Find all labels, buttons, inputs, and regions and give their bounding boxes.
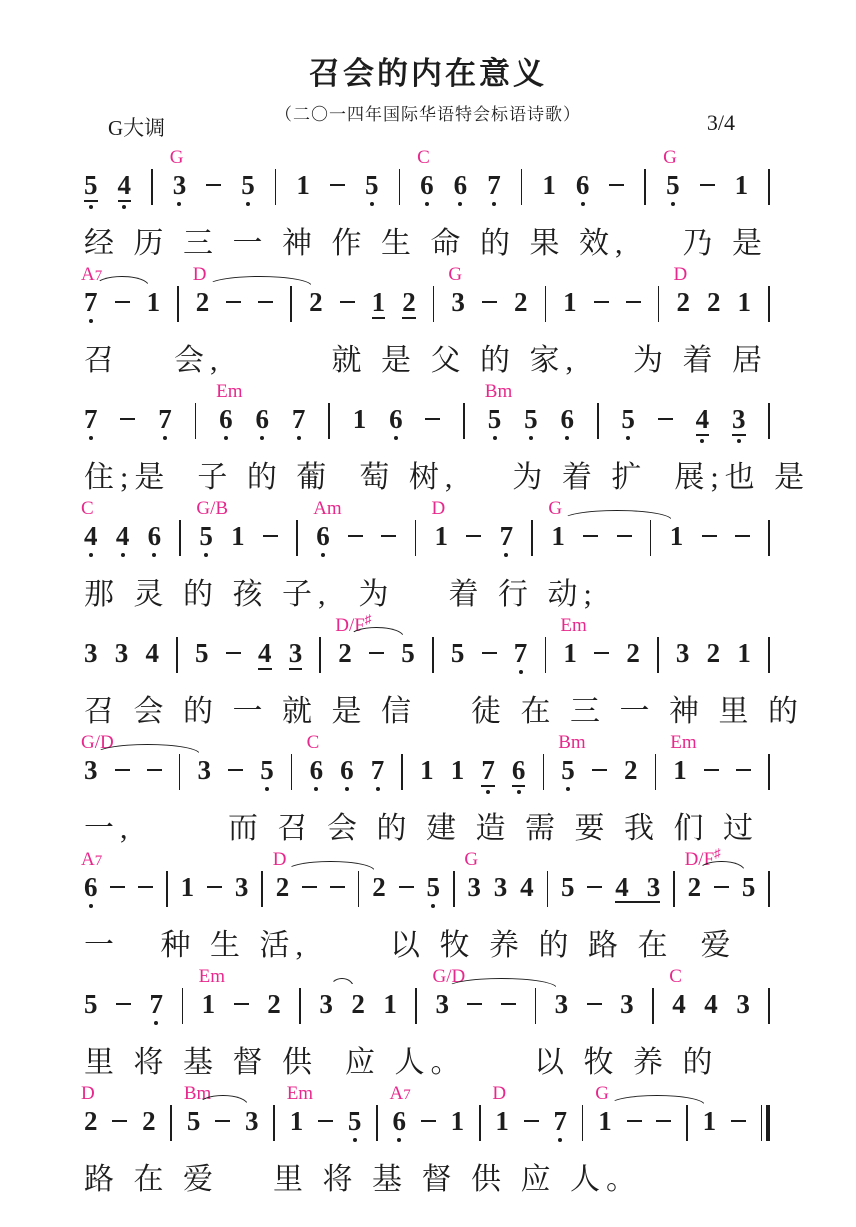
note: 3 [467, 874, 481, 901]
final-barline [761, 1105, 770, 1141]
chord-label: D [432, 499, 446, 518]
dash [626, 289, 641, 303]
barline [479, 1105, 481, 1141]
note: 3 [736, 991, 750, 1018]
low-octave-dot [321, 553, 325, 557]
note: 2 [309, 289, 323, 316]
note-number: 3 [173, 172, 187, 199]
dash-line [369, 652, 384, 654]
barline [657, 637, 659, 673]
slur-arc [286, 861, 375, 871]
note: 2 [142, 1108, 156, 1135]
lyrics-line: 召 会, 就 是 父 的 家, 为 着 居 [84, 335, 770, 379]
low-octave-dot [566, 787, 570, 791]
dash [594, 289, 609, 303]
note-number: 6 [219, 406, 233, 433]
system-9: 225315611711DBmEmA7DG路 在 爱 里 将 基 督 供 应 人… [84, 1086, 770, 1203]
lyrics-line: 一 种 生 活, 以 牧 养 的 路 在 爱 [84, 920, 770, 964]
barline [768, 286, 770, 322]
dash [318, 1108, 333, 1122]
note-number: 6 [310, 757, 324, 784]
chord-label: D [492, 1084, 506, 1103]
note-number: 3 [647, 874, 661, 901]
note-number: 1 [670, 523, 684, 550]
barline [296, 520, 298, 556]
final-barline-thin [761, 1105, 763, 1141]
note-number: 5 [365, 172, 379, 199]
barline [328, 403, 330, 439]
note-number: 3 [451, 289, 465, 316]
barline [415, 520, 417, 556]
dash-line [704, 769, 719, 771]
barline [151, 169, 153, 205]
note: 1 [451, 1108, 465, 1135]
note: 1 [735, 172, 749, 199]
note: 1 [495, 1108, 509, 1135]
note-number: 3 [319, 991, 333, 1018]
slur-arc [207, 276, 312, 286]
slur-arc [330, 978, 354, 988]
song-title: 召会的内在意义 [0, 48, 856, 93]
barline [768, 169, 770, 205]
note-number: 4 [116, 523, 130, 550]
note: 6 [255, 406, 269, 440]
note-number: 5 [561, 874, 575, 901]
dash-line [594, 301, 609, 303]
note-number: 1 [542, 172, 556, 199]
low-octave-dot [376, 787, 380, 791]
low-octave-dot [565, 436, 569, 440]
dash-line [206, 184, 221, 186]
low-octave-dot [700, 439, 704, 443]
note: 1 [670, 523, 684, 550]
dash-line [330, 184, 345, 186]
note-number: 1 [551, 523, 565, 550]
dash-line [115, 301, 130, 303]
note: 1 [542, 172, 556, 199]
note: 5 [427, 874, 441, 908]
dash [330, 172, 345, 186]
dash-line [501, 1003, 516, 1005]
note-number: 4 [696, 406, 710, 436]
low-octave-dot [260, 436, 264, 440]
note: 3 [647, 874, 661, 901]
dash [110, 874, 125, 888]
dash-line [425, 418, 440, 420]
note: 6 [512, 757, 526, 794]
note-number: 3 [620, 991, 634, 1018]
note-number: 3 [494, 874, 508, 901]
lyrics-line: 经 历 三 一 神 作 生 命 的 果 效, 乃 是 [84, 218, 770, 262]
chord-label: A7 [390, 1084, 411, 1103]
notes-row: 61322533454325A7DGD/F♯ [84, 852, 770, 916]
note: 2 [626, 640, 640, 667]
dash [467, 991, 482, 1005]
note: 7 [84, 406, 98, 440]
note-number: 5 [742, 874, 756, 901]
dash [524, 1108, 539, 1122]
low-octave-dot [626, 436, 630, 440]
dash [234, 991, 249, 1005]
note-number: 1 [451, 1108, 465, 1135]
dash-line [656, 1120, 671, 1122]
dash [263, 523, 278, 537]
low-octave-dot [89, 436, 93, 440]
note-number: 6 [454, 172, 468, 199]
low-octave-dot [89, 553, 93, 557]
note: 1 [451, 757, 465, 784]
dash-line [147, 769, 162, 771]
note: 7 [371, 757, 385, 791]
low-octave-dot [671, 202, 675, 206]
note: 2 [338, 640, 352, 667]
notes-row: 3356671176521G/DCBmEm [84, 735, 770, 799]
note-number: 2 [267, 991, 281, 1018]
low-octave-dot [492, 202, 496, 206]
note: 2 [707, 640, 721, 667]
dash-line [587, 886, 602, 888]
chord-label: G [548, 499, 562, 518]
dash [704, 757, 719, 771]
note: 5 [621, 406, 635, 440]
dash [330, 874, 345, 888]
dash [421, 1108, 436, 1122]
slur-arc [562, 510, 672, 520]
note-number: 7 [554, 1108, 568, 1135]
note-number: 1 [296, 172, 310, 199]
note-number: 3 [245, 1108, 259, 1135]
note: 6 [219, 406, 233, 440]
low-octave-dot [737, 439, 741, 443]
note-number: 4 [615, 874, 629, 901]
note: 5 [401, 640, 415, 667]
note: 5 [84, 991, 98, 1018]
note-number: 1 [735, 172, 749, 199]
dash [226, 289, 241, 303]
barline [399, 169, 401, 205]
low-octave-dot [246, 202, 250, 206]
note-number: 3 [467, 874, 481, 901]
chord-label: G [464, 850, 478, 869]
dash-line [592, 769, 607, 771]
low-octave-dot [224, 436, 228, 440]
chord-label: C [669, 967, 682, 986]
note-number: 1 [703, 1108, 717, 1135]
chord-label: G [170, 148, 184, 167]
note: 5 [187, 1108, 201, 1135]
barline [673, 871, 675, 907]
note-number: 7 [500, 523, 514, 550]
chord-label: Bm [485, 382, 512, 401]
low-octave-dot [493, 436, 497, 440]
note: 2 [514, 289, 528, 316]
dash [466, 523, 481, 537]
low-octave-dot [394, 436, 398, 440]
note-number: 7 [514, 640, 528, 667]
note: 2 [676, 289, 690, 316]
score: 5435156671651GCG经 历 三 一 神 作 生 命 的 果 效, 乃… [84, 150, 770, 1203]
low-octave-dot [265, 787, 269, 791]
barline [170, 1105, 172, 1141]
barline [545, 637, 547, 673]
note-number: 2 [707, 640, 721, 667]
note: 2 [196, 289, 210, 316]
low-octave-dot [121, 553, 125, 557]
note-number: 7 [158, 406, 172, 433]
dash [302, 874, 317, 888]
note: 1 [551, 523, 565, 550]
note: 1 [290, 1108, 304, 1135]
dash [348, 523, 363, 537]
barline [401, 754, 403, 790]
dash [120, 406, 135, 420]
note-number: 3 [732, 406, 746, 436]
note-number: 5 [451, 640, 465, 667]
barline [658, 286, 660, 322]
dash-line [263, 535, 278, 537]
system-3: 7766716556543EmBm住;是 子 的 葡 萄 树, 为 着 扩 展;… [84, 384, 770, 501]
note: 1 [563, 289, 577, 316]
note: 2 [624, 757, 638, 784]
note-number: 3 [198, 757, 212, 784]
note-number: 7 [487, 172, 501, 199]
header: 召会的内在意义 （二〇一四年国际华语特会标语诗歌） G大调 3/4 [0, 0, 856, 150]
note: 6 [389, 406, 403, 440]
note-number: 6 [148, 523, 162, 550]
notes-row: 334543255712321D/F♯Em [84, 618, 770, 682]
note-number: 3 [84, 640, 98, 667]
note: 1 [383, 991, 397, 1018]
dash [207, 874, 222, 888]
dash [736, 757, 751, 771]
dash-line [421, 1120, 436, 1122]
note: 5 [84, 172, 98, 209]
notes-row: 712212321221A7DGD [84, 267, 770, 331]
low-octave-dot [314, 787, 318, 791]
note-number: 5 [195, 640, 209, 667]
note-number: 3 [235, 874, 249, 901]
dash-line [524, 1120, 539, 1122]
low-octave-dot [558, 1138, 562, 1142]
note-number: 5 [427, 874, 441, 901]
note: 3 [620, 991, 634, 1018]
note: 3 [245, 1108, 259, 1135]
note-number: 4 [145, 640, 159, 667]
note-number: 5 [260, 757, 274, 784]
note: 1 [703, 1108, 717, 1135]
system-4: 4465161711CG/BAmDG那 灵 的 孩 子, 为 着 行 动; [84, 501, 770, 618]
system-2: 712212321221A7DGD召 会, 就 是 父 的 家, 为 着 居 [84, 267, 770, 384]
note: 1 [737, 640, 751, 667]
note: 5 [365, 172, 379, 206]
note-number: 2 [142, 1108, 156, 1135]
lyrics-line: 那 灵 的 孩 子, 为 着 行 动; [84, 569, 770, 613]
note-number: 7 [371, 757, 385, 784]
note: 4 [116, 523, 130, 557]
low-octave-dot [519, 670, 523, 674]
note: 1 [296, 172, 310, 199]
chord-label: D [273, 850, 287, 869]
dash-line [330, 886, 345, 888]
barline [650, 520, 652, 556]
note-number: 4 [84, 523, 98, 550]
dash-line [112, 1120, 127, 1122]
dash [656, 1108, 671, 1122]
barline [179, 520, 181, 556]
dash-line [399, 886, 414, 888]
dash [340, 289, 355, 303]
note: 7 [514, 640, 528, 674]
dash-line [731, 1120, 746, 1122]
chord-label: A7 [81, 850, 102, 869]
note-number: 1 [353, 406, 367, 433]
dash-line [735, 535, 750, 537]
note: 6 [576, 172, 590, 206]
note-number: 2 [372, 874, 386, 901]
note-number: 2 [402, 289, 416, 319]
chord-label: Em [216, 382, 242, 401]
dash [594, 640, 609, 654]
note-number: 1 [372, 289, 386, 319]
low-octave-dot [122, 205, 126, 209]
note-number: 5 [187, 1108, 201, 1135]
dash-line [207, 886, 222, 888]
note-number: 5 [666, 172, 680, 199]
dash [226, 640, 241, 654]
note: 7 [481, 757, 495, 794]
barline [768, 754, 770, 790]
barline [261, 871, 263, 907]
barline [433, 286, 435, 322]
lyrics-line: 住;是 子 的 葡 萄 树, 为 着 扩 展;也 是 [84, 452, 770, 496]
note: 2 [84, 1108, 98, 1135]
note: 4 [696, 406, 710, 443]
note: 1 [435, 523, 449, 550]
dash-line [626, 301, 641, 303]
low-octave-dot [89, 904, 93, 908]
note: 2 [402, 289, 416, 319]
low-octave-dot [486, 790, 490, 794]
barline [535, 988, 537, 1024]
dash [482, 289, 497, 303]
dash-line [348, 535, 363, 537]
note: 7 [554, 1108, 568, 1142]
lyrics-line: 路 在 爱 里 将 基 督 供 应 人。 [84, 1154, 770, 1198]
barline [319, 637, 321, 673]
dash [228, 757, 243, 771]
lyrics-line: 里 将 基 督 供 应 人。 以 牧 养 的 [84, 1037, 770, 1081]
low-octave-dot [370, 202, 374, 206]
note-number: 6 [255, 406, 269, 433]
barline [182, 988, 184, 1024]
note-number: 2 [624, 757, 638, 784]
note-number: 2 [626, 640, 640, 667]
barline [644, 169, 646, 205]
low-octave-dot [517, 790, 521, 794]
chord-label: Bm [558, 733, 585, 752]
low-octave-dot [581, 202, 585, 206]
note-number: 1 [495, 1108, 509, 1135]
low-octave-dot [154, 1021, 158, 1025]
system-5: 334543255712321D/F♯Em召 会 的 一 就 是 信 徒 在 三… [84, 618, 770, 735]
low-octave-dot [397, 1138, 401, 1142]
note-number: 1 [290, 1108, 304, 1135]
note: 3 [435, 991, 449, 1018]
barline [453, 871, 455, 907]
note-number: 1 [451, 757, 465, 784]
note: 6 [316, 523, 330, 557]
barline [290, 286, 292, 322]
slur-arc [609, 1095, 705, 1105]
note-number: 3 [84, 757, 98, 784]
note-number: 6 [84, 874, 98, 901]
dash [735, 523, 750, 537]
note-number: 1 [673, 757, 687, 784]
note-number: 5 [561, 757, 575, 784]
barline [597, 403, 599, 439]
note: 1 [147, 289, 161, 316]
dash [116, 991, 131, 1005]
barline [543, 754, 545, 790]
notes-row: 5435156671651GCG [84, 150, 770, 214]
dash-line [258, 301, 273, 303]
note: 5 [195, 640, 209, 667]
note-number: 4 [672, 991, 686, 1018]
dash-line [714, 886, 729, 888]
dash [215, 1108, 230, 1122]
note: 1 [420, 757, 434, 784]
note-number: 3 [555, 991, 569, 1018]
note: 6 [420, 172, 434, 206]
dash-line [381, 535, 396, 537]
low-octave-dot [425, 202, 429, 206]
note-number: 7 [84, 406, 98, 433]
note-number: 2 [351, 991, 365, 1018]
note: 7 [292, 406, 306, 440]
system-8: 5712321333443EmG/DC里 将 基 督 供 应 人。 以 牧 养 … [84, 969, 770, 1086]
low-octave-dot [345, 787, 349, 791]
dash-line [234, 1003, 249, 1005]
key-signature: G大调 [108, 112, 165, 142]
note: 4 [704, 991, 718, 1018]
note-number: 4 [258, 640, 272, 670]
time-signature: 3/4 [707, 110, 735, 136]
note-number: 5 [199, 523, 213, 550]
note-number: 3 [115, 640, 129, 667]
note-number: 1 [435, 523, 449, 550]
barline [432, 637, 434, 673]
chord-seventh: 7 [403, 1087, 411, 1103]
note: 1 [738, 289, 752, 316]
sharp-symbol: ♯ [365, 612, 372, 627]
dash-line [482, 301, 497, 303]
note-number: 5 [348, 1108, 362, 1135]
note-number: 6 [316, 523, 330, 550]
chord-label: G [448, 265, 462, 284]
note-number: 5 [84, 991, 98, 1018]
chord-label: Am [313, 499, 342, 518]
barline [768, 988, 770, 1024]
notes-row: 5712321333443EmG/DC [84, 969, 770, 1033]
note-number: 4 [704, 991, 718, 1018]
note-number: 2 [309, 289, 323, 316]
barline [415, 988, 417, 1024]
barline [376, 1105, 378, 1141]
sheet-music-page: 召会的内在意义 （二〇一四年国际华语特会标语诗歌） G大调 3/4 543515… [0, 0, 856, 1227]
note: 3 [289, 640, 303, 670]
note: 6 [310, 757, 324, 791]
note: 5 [524, 406, 538, 440]
